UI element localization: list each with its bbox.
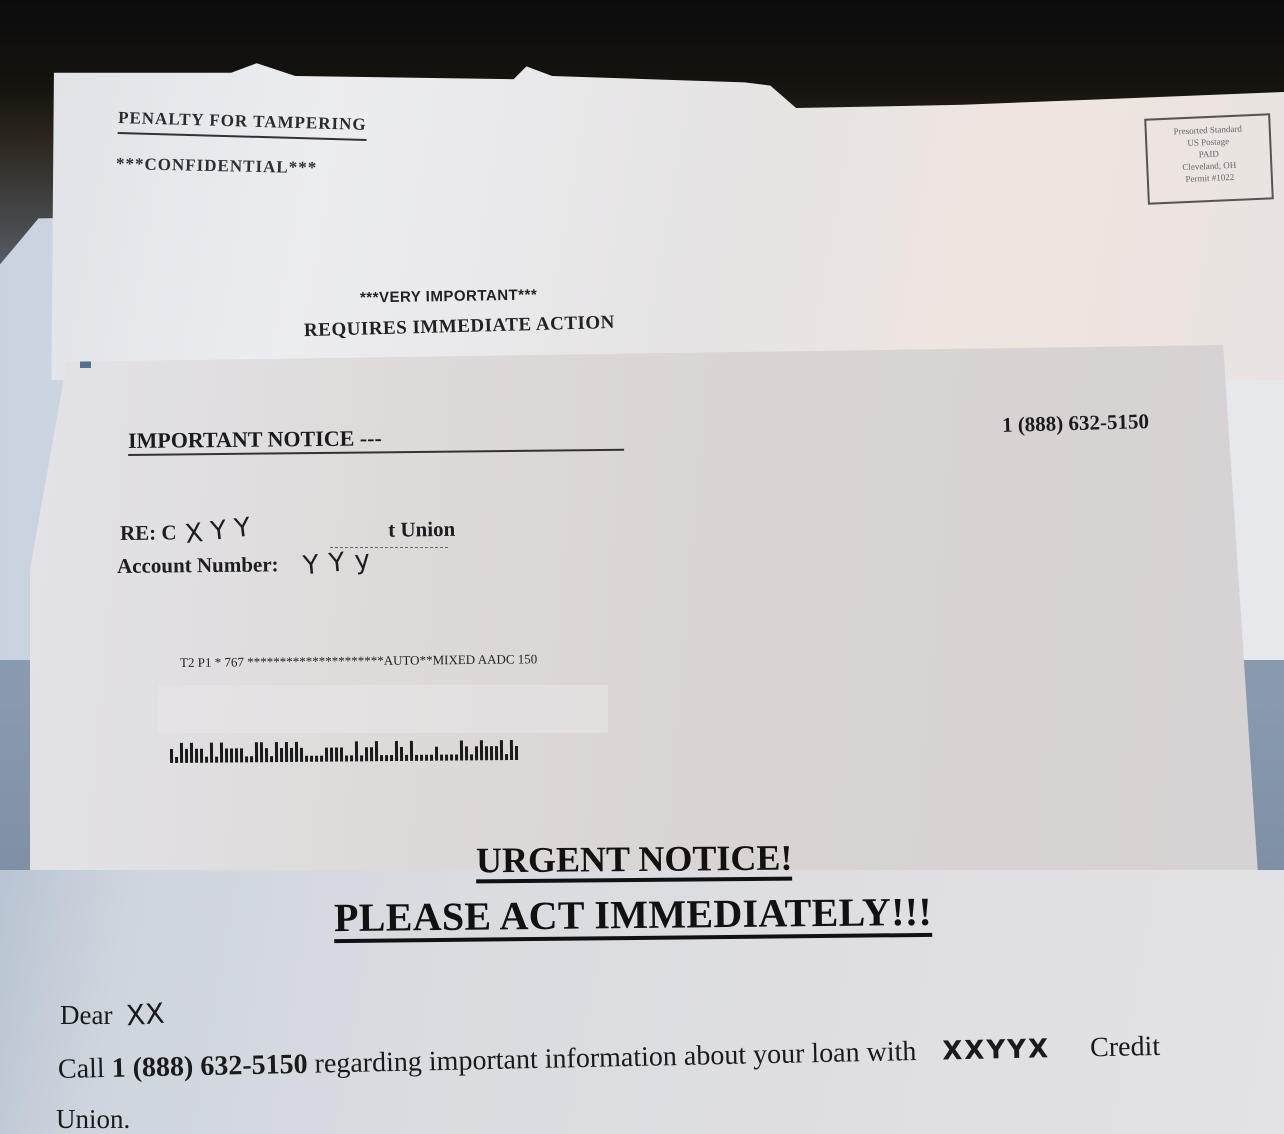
account-number-line: Account Number:YYy bbox=[117, 547, 380, 580]
lender-handwritten-redaction: XXYYX bbox=[942, 1034, 1050, 1066]
account-label: Account Number: bbox=[117, 552, 279, 578]
re-line: RE: CXYYt Union bbox=[120, 513, 456, 547]
postage-indicia: Presorted Standard US Postage PAID Cleve… bbox=[1144, 113, 1274, 204]
salutation-text: Dear bbox=[60, 1000, 112, 1030]
very-important-label: ***VERY IMPORTANT*** bbox=[360, 286, 538, 306]
redacted-address-block bbox=[158, 685, 608, 733]
requires-action-label: REQUIRES IMMEDIATE ACTION bbox=[304, 312, 615, 342]
urgent-notice-heading: URGENT NOTICE! bbox=[476, 839, 793, 884]
confidential-label: ***CONFIDENTIAL*** bbox=[116, 154, 318, 178]
act-immediately-heading: PLEASE ACT IMMEDIATELY!!! bbox=[334, 891, 932, 943]
salutation: DearXX bbox=[60, 998, 165, 1031]
call-text: regarding important information about yo… bbox=[314, 1036, 916, 1080]
letter-body: URGENT NOTICE! PLEASE ACT IMMEDIATELY!!!… bbox=[0, 870, 1284, 1134]
call-instruction: Call 1 (888) 632-5150 regarding importan… bbox=[58, 1031, 1161, 1086]
barcode-icon bbox=[170, 738, 518, 763]
call-prefix: Call bbox=[58, 1053, 105, 1085]
account-handwritten-redaction: YYy bbox=[301, 544, 381, 581]
mail-sort-code: T2 P1 * 767 *********************AUTO**M… bbox=[180, 651, 537, 671]
important-notice-title: IMPORTANT NOTICE --- bbox=[128, 423, 624, 456]
envelope: PENALTY FOR TAMPERING ***CONFIDENTIAL***… bbox=[0, 60, 1284, 380]
re-label: RE: C bbox=[120, 520, 177, 545]
salutation-handwritten-redaction: XX bbox=[125, 997, 166, 1033]
header-phone-number: 1 (888) 632-5150 bbox=[1002, 409, 1150, 438]
lender-suffix: Credit bbox=[1090, 1031, 1161, 1063]
re-suffix: t Union bbox=[388, 517, 455, 542]
lender-continued: Union. bbox=[56, 1104, 130, 1134]
letter: IMPORTANT NOTICE --- 1 (888) 632-5150 RE… bbox=[30, 345, 1260, 905]
body-phone-number: 1 (888) 632-5150 bbox=[111, 1049, 308, 1084]
penalty-heading: PENALTY FOR TAMPERING bbox=[118, 108, 367, 141]
re-handwritten-redaction: XYY bbox=[183, 512, 260, 550]
